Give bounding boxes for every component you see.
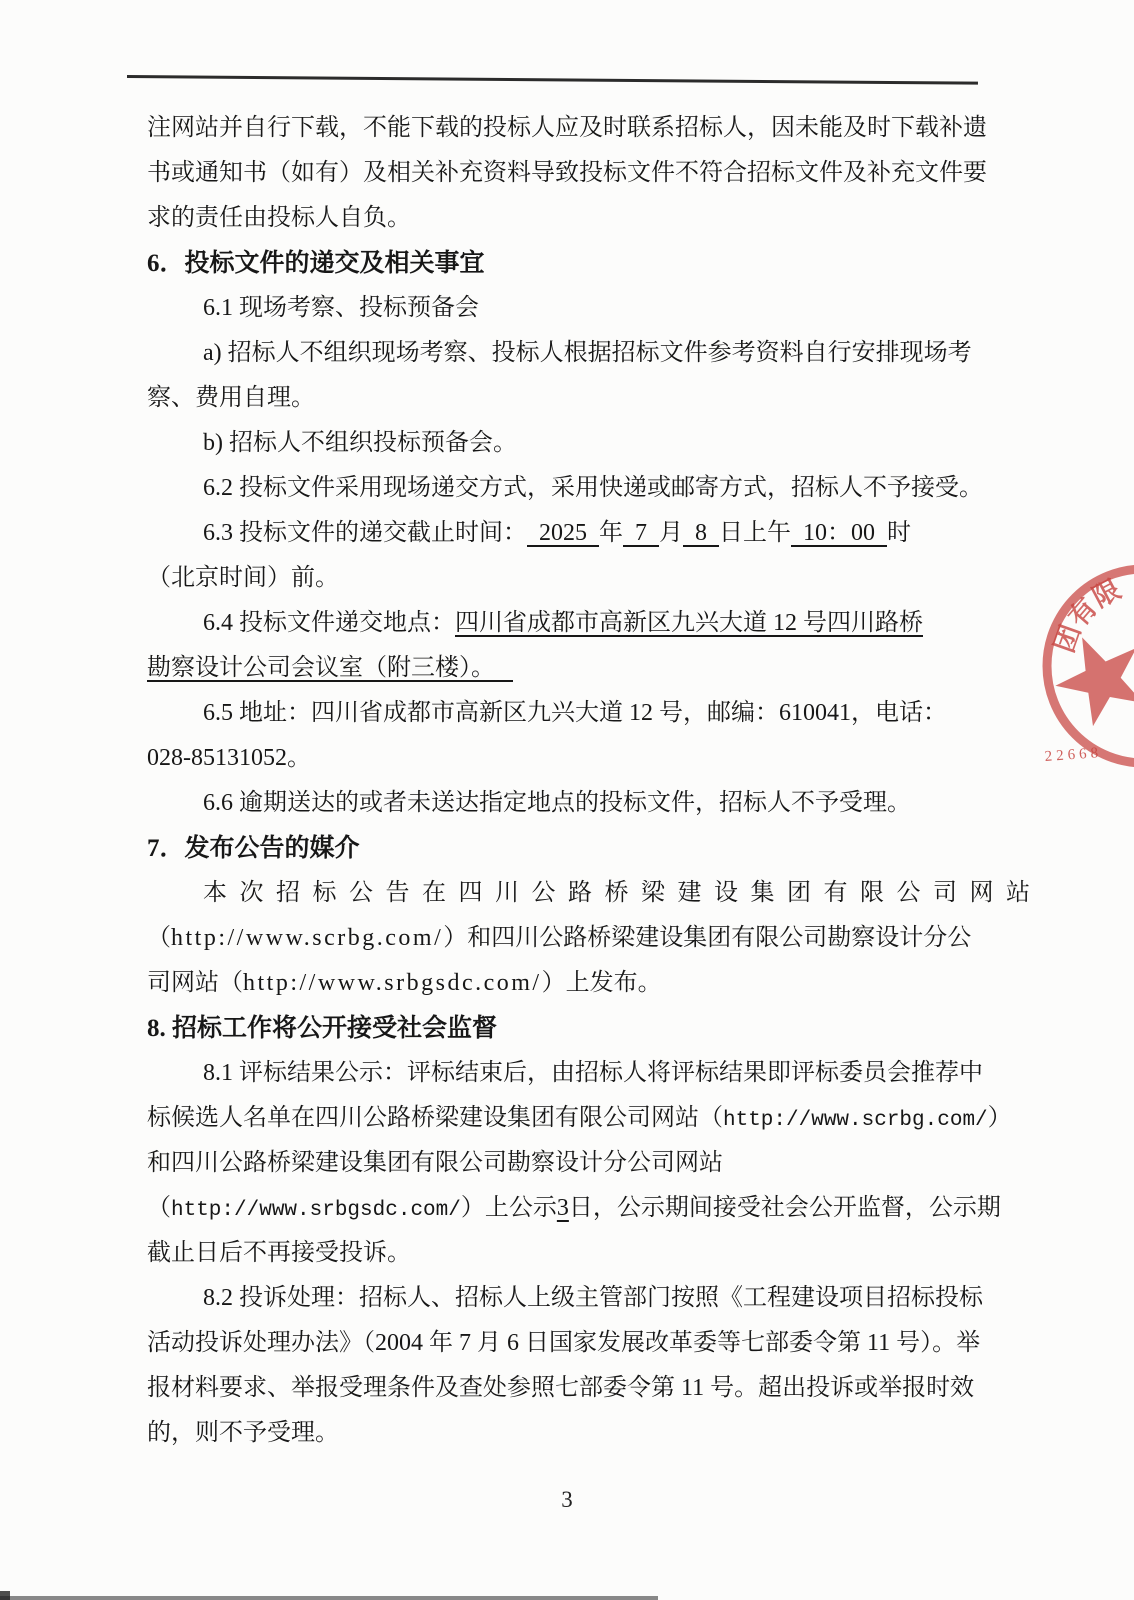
- text-segment: 8.2 投诉处理：招标人、招标人上级主管部门按照《工程建设项目招标投标: [203, 1285, 983, 1311]
- text-segment: 6.3 投标文件的递交截止时间：: [203, 520, 527, 546]
- url-text: http://www.scrbg.com/: [171, 925, 443, 951]
- document-line: 6.1 现场考察、投标预备会: [147, 286, 1007, 331]
- text-segment: 时: [887, 520, 911, 546]
- document-page: 注网站并自行下载，不能下载的投标人应及时联系招标人，因未能及时下载补遗书或通知书…: [0, 0, 1134, 1600]
- url-text: http://www.srbgsdc.com/: [243, 970, 542, 996]
- document-line: 6.5 地址：四川省成都市高新区九兴大道 12 号，邮编：610041，电话：: [147, 691, 1007, 736]
- text-segment: 截止日后不再接受投诉。: [147, 1240, 411, 1266]
- seal-serial-number: 22668: [1044, 745, 1102, 765]
- document-line: 书或通知书（如有）及相关补充资料导致投标文件不符合招标文件及补充文件要: [147, 151, 1007, 196]
- url-text: http://www.scrbg.com/: [723, 1109, 988, 1132]
- document-line: 本次招标公告在四川公路桥梁建设集团有限公司网站: [147, 871, 1007, 916]
- page-number: 3: [0, 1487, 1134, 1513]
- document-line: 求的责任由投标人自负。: [147, 196, 1007, 241]
- scan-bottom-edge-artifact: [0, 1596, 658, 1600]
- underlined-text: 7: [623, 520, 659, 546]
- text-segment: 书或通知书（如有）及相关补充资料导致投标文件不符合招标文件及补充文件要: [147, 160, 987, 186]
- text-segment: 司网站（: [147, 970, 243, 996]
- document-line: （http://www.srbgsdc.com/）上公示3日，公示期间接受社会公…: [147, 1186, 1007, 1231]
- document-line: 6.4 投标文件递交地点：四川省成都市高新区九兴大道 12 号四川路桥: [147, 601, 1007, 646]
- section-heading: 8. 招标工作将公开接受社会监督: [147, 1006, 1007, 1051]
- text-segment: 6.4 投标文件递交地点：: [203, 610, 455, 636]
- text-segment: 注网站并自行下载，不能下载的投标人应及时联系招标人，因未能及时下载补遗: [147, 115, 987, 141]
- text-segment: 标候选人名单在四川公路桥梁建设集团有限公司网站（: [147, 1105, 723, 1131]
- document-line: 报材料要求、举报受理条件及查处参照七部委令第 11 号。超出投诉或举报时效: [147, 1366, 1007, 1411]
- document-line: b) 招标人不组织投标预备会。: [147, 421, 1007, 466]
- scan-corner-artifact: [0, 1591, 10, 1600]
- text-segment: 6．投标文件的递交及相关事宜: [147, 250, 485, 277]
- document-line: （http://www.scrbg.com/）和四川公路桥梁建设集团有限公司勘察…: [147, 916, 1007, 961]
- underlined-text: 2025: [527, 520, 599, 546]
- text-segment: 6.2 投标文件采用现场递交方式，采用快递或邮寄方式，招标人不予接受。: [203, 475, 983, 501]
- text-segment: 6.5 地址：四川省成都市高新区九兴大道 12 号，邮编：610041，电话：: [203, 700, 947, 726]
- document-line: 6.3 投标文件的递交截止时间： 2025 年 7 月 8 日上午 10：00 …: [147, 511, 1007, 556]
- document-line: 的，则不予受理。: [147, 1411, 1007, 1456]
- document-line: 司网站（http://www.srbgsdc.com/）上发布。: [147, 961, 1007, 1006]
- text-segment: 的，则不予受理。: [147, 1420, 339, 1446]
- text-segment: 活动投诉处理办法》（2004 年 7 月 6 日国家发展改革委等七部委令第 11…: [147, 1330, 980, 1356]
- document-line: 注网站并自行下载，不能下载的投标人应及时联系招标人，因未能及时下载补遗: [147, 106, 1007, 151]
- document-line: （北京时间）前。: [147, 556, 1007, 601]
- document-body: 注网站并自行下载，不能下载的投标人应及时联系招标人，因未能及时下载补遗书或通知书…: [147, 106, 1007, 1456]
- text-segment: 求的责任由投标人自负。: [147, 205, 411, 231]
- document-line: 6.6 逾期送达的或者未送达指定地点的投标文件，招标人不予受理。: [147, 781, 1007, 826]
- document-line: 6.2 投标文件采用现场递交方式，采用快递或邮寄方式，招标人不予接受。: [147, 466, 1007, 511]
- text-segment: 日上午: [719, 520, 791, 546]
- section-heading: 7．发布公告的媒介: [147, 826, 1007, 871]
- underlined-text: 四川省成都市高新区九兴大道 12 号四川路桥: [455, 610, 923, 636]
- document-line: 028-85131052。: [147, 736, 1007, 781]
- document-line: 活动投诉处理办法》（2004 年 7 月 6 日国家发展改革委等七部委令第 11…: [147, 1321, 1007, 1366]
- text-segment: 日，公示期间接受社会公开监督，公示期: [569, 1195, 1001, 1221]
- text-segment: 6.6 逾期送达的或者未送达指定地点的投标文件，招标人不予受理。: [203, 790, 911, 816]
- url-text: http://www.srbgsdc.com/: [171, 1199, 461, 1222]
- document-line: 勘察设计公司会议室（附三楼）。: [147, 646, 1007, 691]
- text-segment: ）: [988, 1105, 1012, 1131]
- document-line: 8.1 评标结果公示：评标结束后，由招标人将评标结果即评标委员会推荐中: [147, 1051, 1007, 1096]
- text-segment: 本次招标公告在四川公路桥梁建设集团有限公司网站: [203, 880, 1043, 906]
- text-segment: 报材料要求、举报受理条件及查处参照七部委令第 11 号。超出投诉或举报时效: [147, 1375, 974, 1401]
- text-segment: ）上发布。: [542, 970, 662, 996]
- header-rule: [127, 75, 978, 85]
- text-segment: 8. 招标工作将公开接受社会监督: [147, 1015, 497, 1042]
- document-line: 8.2 投诉处理：招标人、招标人上级主管部门按照《工程建设项目招标投标: [147, 1276, 1007, 1321]
- text-segment: （: [147, 1195, 171, 1221]
- text-segment: 察、费用自理。: [147, 385, 315, 411]
- document-line: 察、费用自理。: [147, 376, 1007, 421]
- text-segment: b) 招标人不组织投标预备会。: [203, 430, 517, 456]
- text-segment: 028-85131052。: [147, 745, 311, 771]
- document-line: a) 招标人不组织现场考察、投标人根据招标文件参考资料自行安排现场考: [147, 331, 1007, 376]
- text-segment: 年: [599, 520, 623, 546]
- text-segment: ）上公示: [461, 1195, 557, 1221]
- underlined-text: 8: [683, 520, 719, 546]
- document-line: 标候选人名单在四川公路桥梁建设集团有限公司网站（http://www.scrbg…: [147, 1096, 1007, 1141]
- text-segment: （: [147, 925, 171, 951]
- company-seal-stamp: 团有限 22668: [1042, 556, 1134, 792]
- section-heading: 6．投标文件的递交及相关事宜: [147, 241, 1007, 286]
- text-segment: 和四川公路桥梁建设集团有限公司勘察设计分公司网站: [147, 1150, 723, 1176]
- text-segment: 8.1 评标结果公示：评标结束后，由招标人将评标结果即评标委员会推荐中: [203, 1060, 983, 1086]
- text-segment: 7．发布公告的媒介: [147, 835, 360, 862]
- text-segment: ）和四川公路桥梁建设集团有限公司勘察设计分公: [443, 925, 971, 951]
- text-segment: a) 招标人不组织现场考察、投标人根据招标文件参考资料自行安排现场考: [203, 340, 972, 366]
- text-segment: 6.1 现场考察、投标预备会: [203, 295, 479, 321]
- underlined-text: 3: [557, 1195, 569, 1221]
- underlined-text: 10：00: [791, 520, 887, 546]
- text-segment: （北京时间）前。: [147, 565, 339, 591]
- document-line: 截止日后不再接受投诉。: [147, 1231, 1007, 1276]
- underlined-text: 勘察设计公司会议室（附三楼）。: [147, 655, 513, 681]
- document-line: 和四川公路桥梁建设集团有限公司勘察设计分公司网站: [147, 1141, 1007, 1186]
- text-segment: 月: [659, 520, 683, 546]
